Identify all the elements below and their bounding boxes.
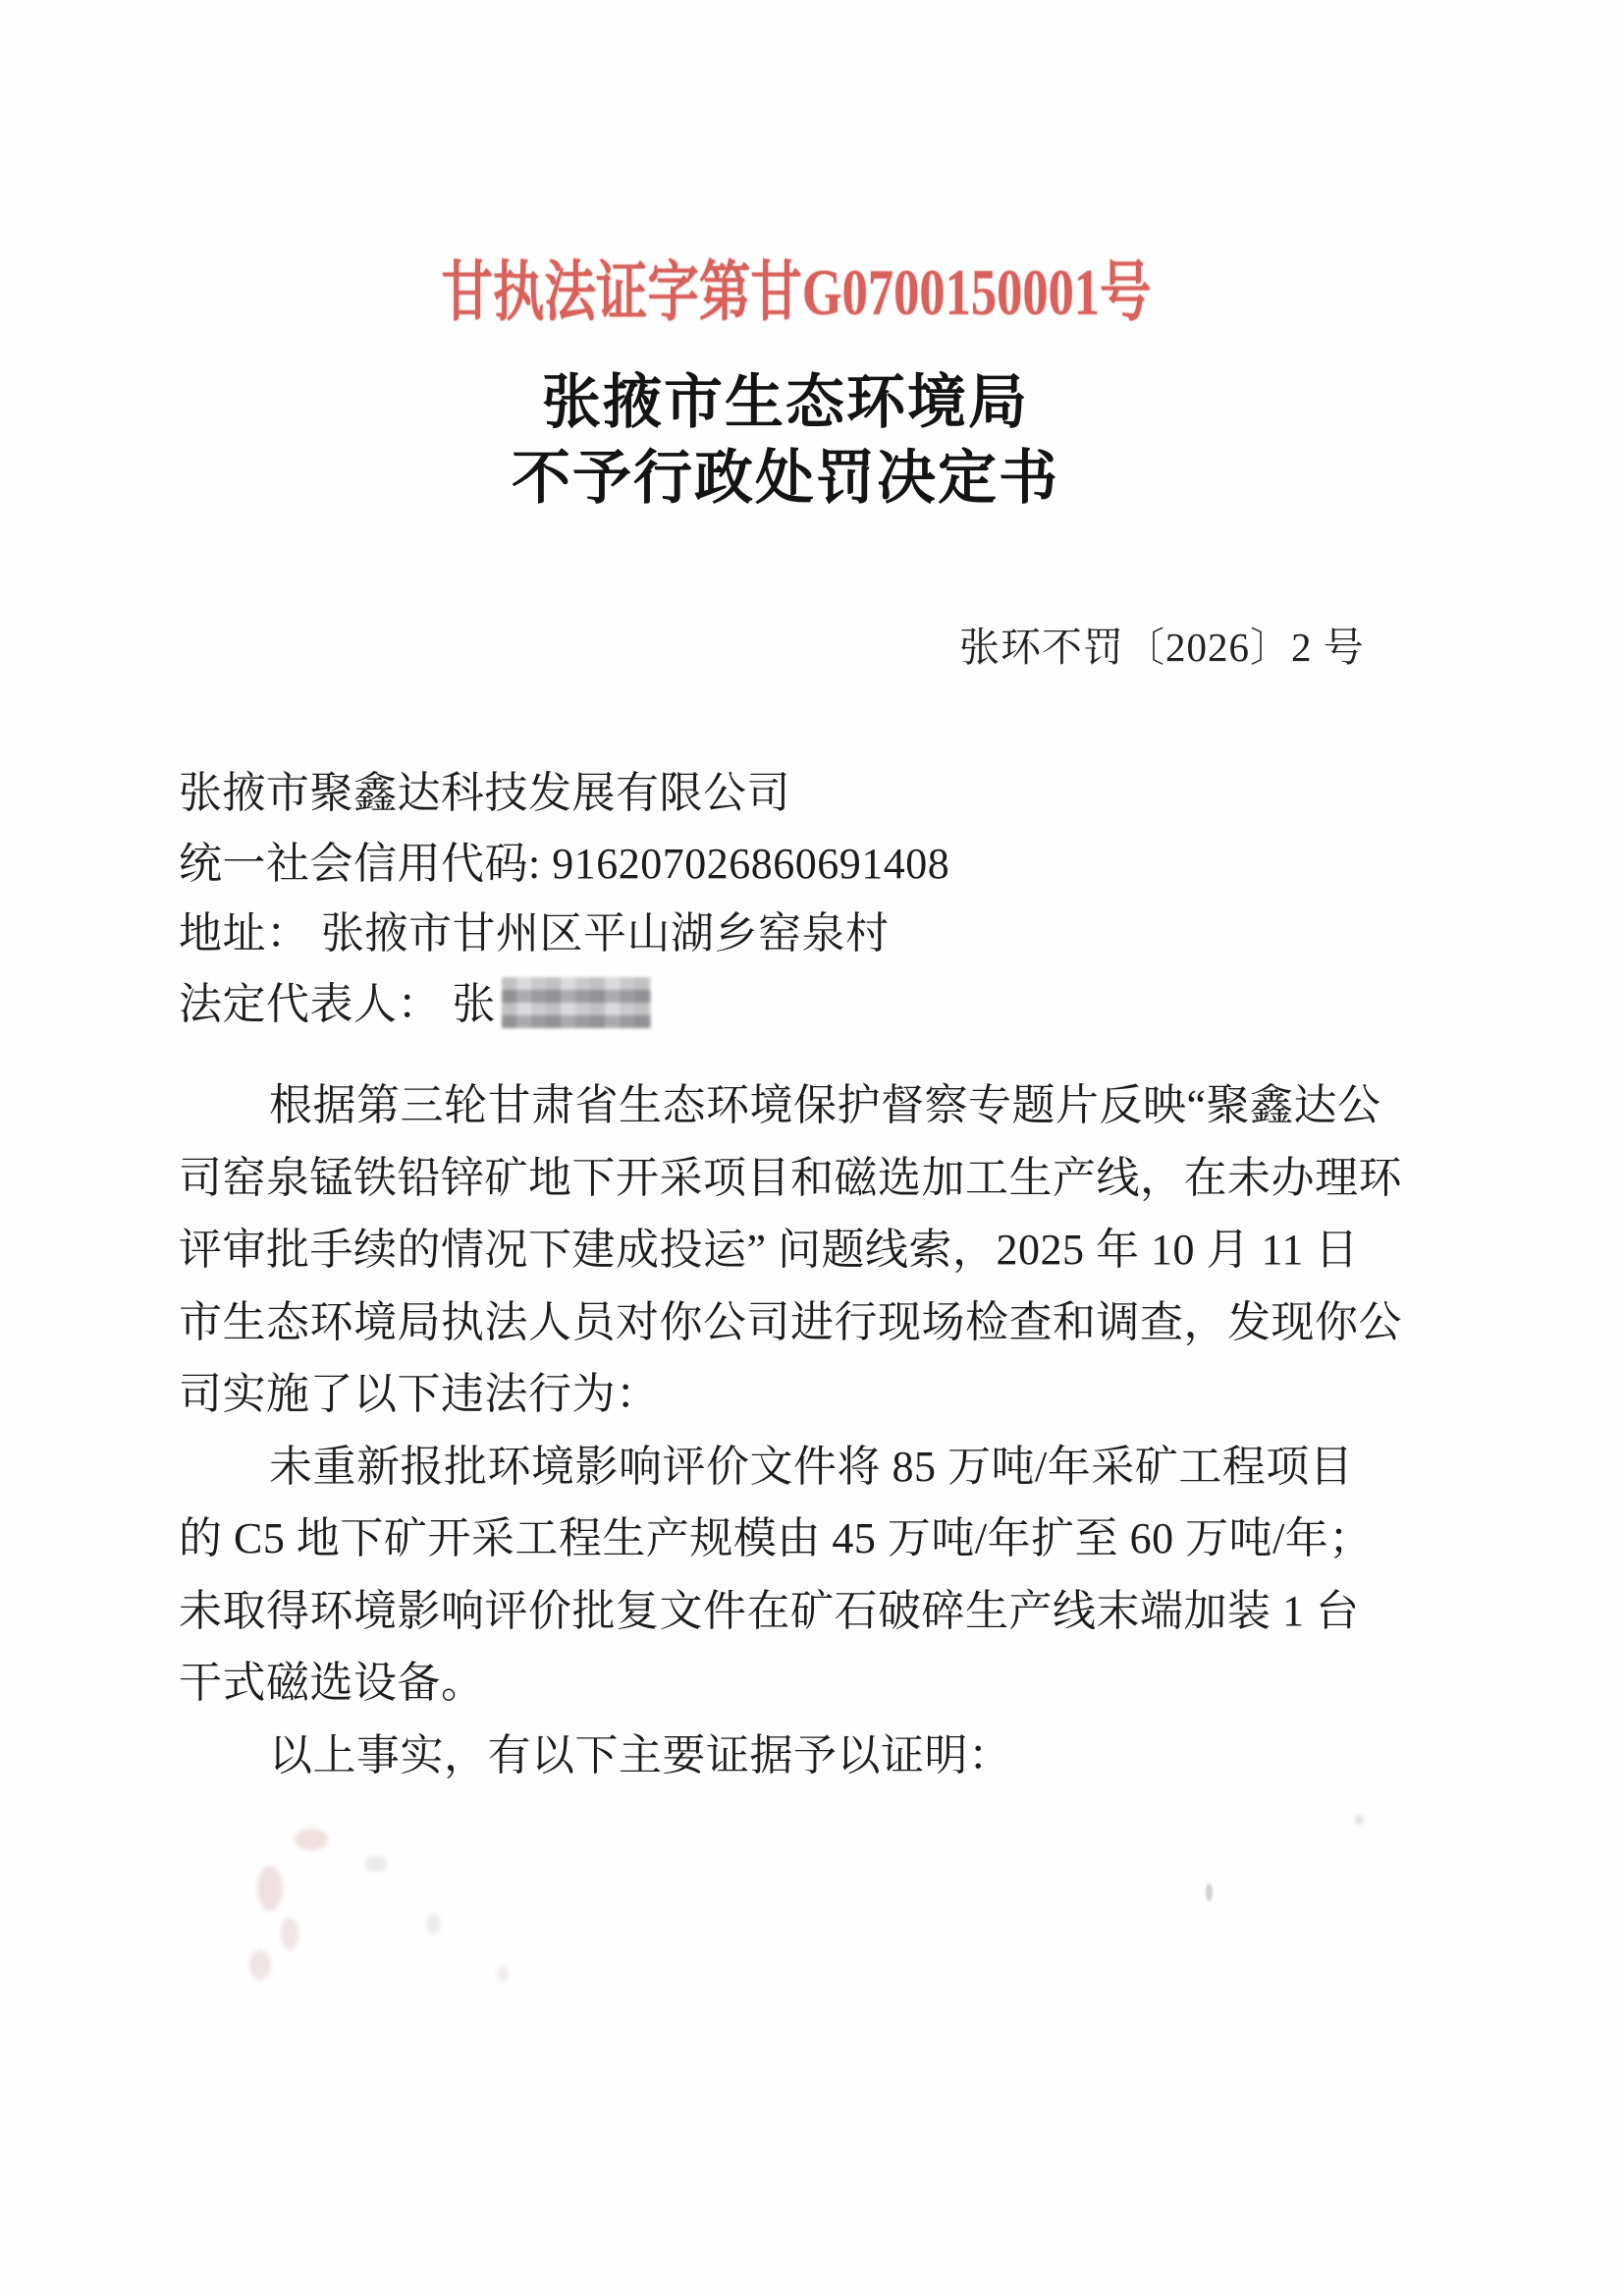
title-line-authority: 张掖市生态环境局 [0, 365, 1571, 441]
title-line-decision-type: 不予行政处罚决定书 [0, 441, 1571, 517]
scan-artifact [257, 1866, 283, 1911]
body-line: 干式磁选设备。 [179, 1650, 1416, 1722]
enforcement-certificate-stamp-number: 甘执法证字第甘G0700150001号 [143, 240, 1449, 334]
recipient-company-name: 张掖市聚鑫达科技发展有限公司 [179, 762, 949, 833]
scan-artifact [1355, 1815, 1364, 1825]
document-title: 张掖市生态环境局 不予行政处罚决定书 [0, 365, 1571, 517]
document-number: 张环不罚〔2026〕2 号 [959, 615, 1365, 673]
address-line: 地址： 张掖市甘州区平山湖乡窑泉村 [179, 902, 949, 973]
body-line: 的 C5 地下矿开采工程生产规模由 45 万吨/年扩至 60 万吨/年； [179, 1505, 1416, 1578]
body-line: 根据第三轮甘肃省生态环境保护督察专题片反映“聚鑫达公 [179, 1072, 1416, 1145]
scan-artifact [1206, 1884, 1213, 1901]
body-line: 司实施了以下违法行为： [179, 1361, 1416, 1434]
scan-artifact [365, 1856, 387, 1872]
recipient-info-block: 张掖市聚鑫达科技发展有限公司 统一社会信用代码: 916207026860691… [179, 762, 949, 1043]
document-page: 甘执法证字第甘G0700150001号 张掖市生态环境局 不予行政处罚决定书 张… [0, 0, 1623, 2296]
body-line: 评审批手续的情况下建成投运” 问题线索，2025 年 10 月 11 日 [179, 1217, 1416, 1289]
scan-artifact [497, 1966, 509, 1982]
document-body: 根据第三轮甘肃省生态环境保护督察专题片反映“聚鑫达公 司窑泉锰铁铅锌矿地下开采项… [179, 1072, 1416, 1794]
scan-artifact [249, 1950, 271, 1980]
scan-artifact [295, 1829, 328, 1850]
unified-social-credit-code-line: 统一社会信用代码: 916207026860691408 [179, 833, 949, 903]
legal-representative-line: 法定代表人： 张 [179, 973, 949, 1044]
body-line: 市生态环境局执法人员对你公司进行现场检查和调查，发现你公 [179, 1289, 1416, 1362]
scan-artifact [281, 1917, 298, 1950]
body-line: 未重新报批环境影响评价文件将 85 万吨/年采矿工程项目 [179, 1434, 1416, 1506]
scan-artifact [426, 1913, 440, 1935]
body-line: 以上事实，有以下主要证据予以证明： [179, 1722, 1416, 1795]
redacted-name-mosaic [502, 977, 651, 1028]
body-line: 司窑泉锰铁铅锌矿地下开采项目和磁选加工生产线，在未办理环 [179, 1145, 1416, 1218]
legal-representative-label: 法定代表人： 张 [179, 980, 496, 1028]
body-line: 未取得环境影响评价批复文件在矿石破碎生产线末端加装 1 台 [179, 1578, 1416, 1651]
